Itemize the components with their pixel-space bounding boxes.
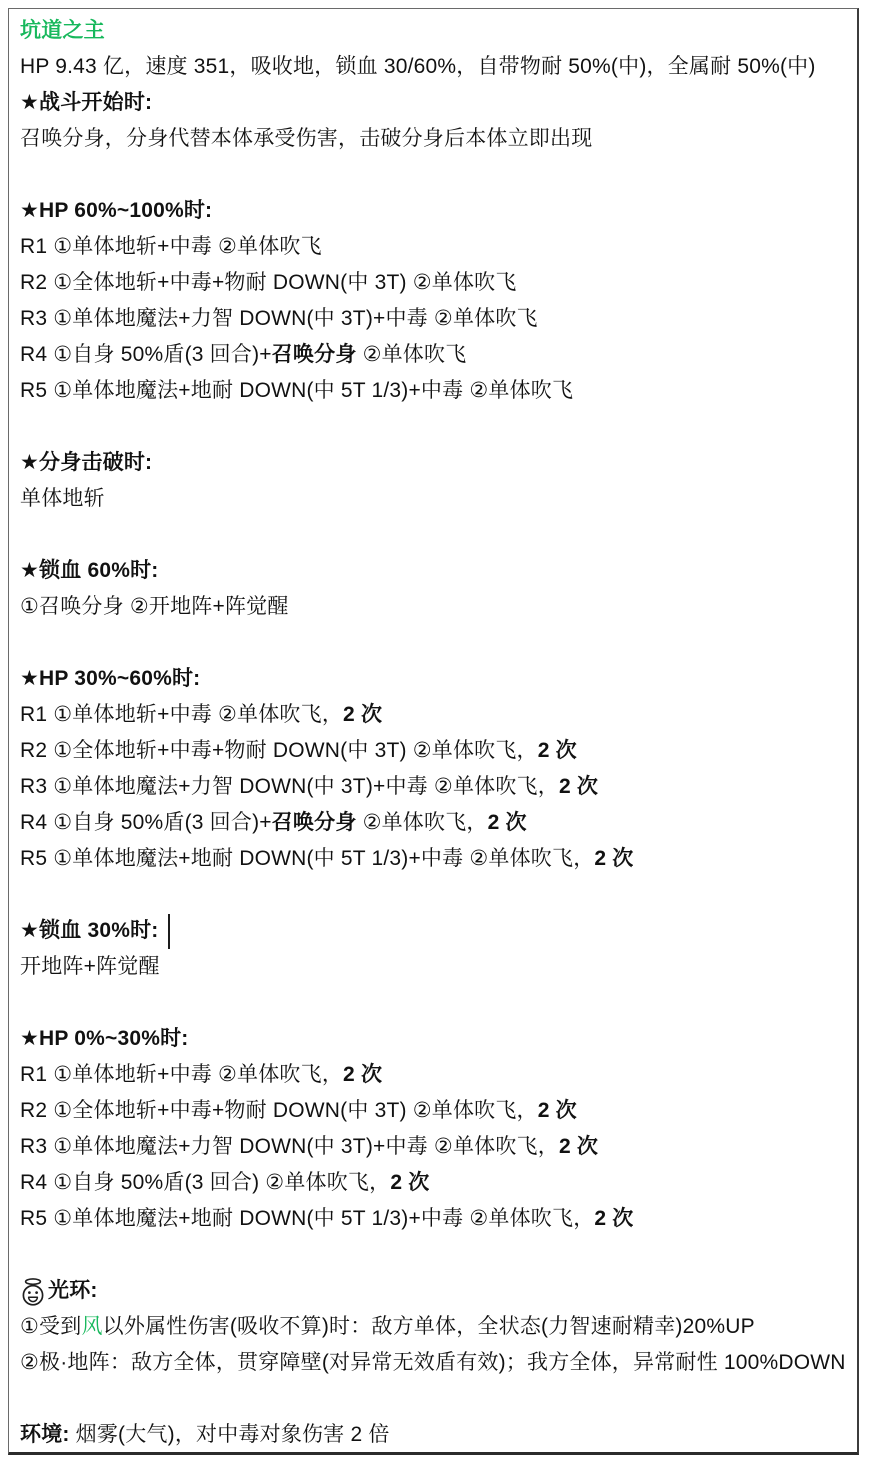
environment-line: 环境: 烟雾(大气)，对中毒对象伤害 2 倍	[20, 1417, 851, 1453]
blank-line	[20, 985, 851, 1021]
boss-title-text: 坑道之主	[20, 13, 105, 49]
text-line: R4 ①自身 50%盾(3 回合) ②单体吹飞，2 次	[20, 1165, 851, 1201]
text-run: 2 次	[559, 769, 598, 805]
text-run: 光环:	[48, 1273, 98, 1309]
text-run: 2 次	[343, 697, 382, 733]
text-run: HP 9.43 亿，速度 351，吸收地，锁血 30/60%，自带物耐 50%(…	[20, 49, 816, 85]
text-run: ★锁血 60%时:	[20, 553, 158, 589]
section-heading-hp60-100: ★HP 60%~100%时:	[20, 193, 851, 229]
text-run: R2 ①全体地斩+中毒+物耐 DOWN(中 3T) ②单体吹飞，	[20, 1093, 538, 1129]
text-line: R5 ①单体地魔法+地耐 DOWN(中 5T 1/3)+中毒 ②单体吹飞，2 次	[20, 841, 851, 877]
text-run: 2 次	[488, 805, 527, 841]
boss-title: 坑道之主	[20, 13, 851, 49]
text-line: ①受到风以外属性伤害(吸收不算)时：敌方单体，全状态(力智速耐精幸)20%UP	[20, 1309, 851, 1345]
text-line: R2 ①全体地斩+中毒+物耐 DOWN(中 3T) ②单体吹飞，2 次	[20, 1093, 851, 1129]
document-body[interactable]: 坑道之主HP 9.43 亿，速度 351，吸收地，锁血 30/60%，自带物耐 …	[20, 13, 851, 1453]
text-run: 召唤分身	[272, 805, 357, 841]
text-line: R3 ①单体地魔法+力智 DOWN(中 3T)+中毒 ②单体吹飞，2 次	[20, 769, 851, 805]
text-run: R1 ①单体地斩+中毒 ②单体吹飞，	[20, 697, 343, 733]
blank-line	[20, 1381, 851, 1417]
section-heading-hplock30: ★锁血 30%时:	[20, 913, 851, 949]
text-run: R4 ①自身 50%盾(3 回合)+	[20, 805, 272, 841]
text-line: ①召唤分身 ②开地阵+阵觉醒	[20, 589, 851, 625]
text-line: R1 ①单体地斩+中毒 ②单体吹飞，2 次	[20, 1057, 851, 1093]
text-run: 2 次	[343, 1057, 382, 1093]
text-run: 2 次	[594, 1201, 633, 1237]
document-page: 坑道之主HP 9.43 亿，速度 351，吸收地，锁血 30/60%，自带物耐 …	[8, 8, 859, 1455]
blank-line	[20, 157, 851, 193]
stats-line: HP 9.43 亿，速度 351，吸收地，锁血 30/60%，自带物耐 50%(…	[20, 49, 851, 85]
text-line: 开地阵+阵觉醒	[20, 949, 851, 985]
text-run: ★HP 30%~60%时:	[20, 661, 200, 697]
text-run: 以外属性伤害(吸收不算)时：敌方单体，全状态(力智速耐精幸)20%UP	[103, 1309, 755, 1345]
section-heading-clone-break: ★分身击破时:	[20, 445, 851, 481]
text-line: 召唤分身，分身代替本体承受伤害，击破分身后本体立即出现	[20, 121, 851, 157]
text-run: R3 ①单体地魔法+力智 DOWN(中 3T)+中毒 ②单体吹飞，	[20, 769, 559, 805]
blank-line	[20, 1237, 851, 1273]
text-run: 2 次	[594, 841, 633, 877]
text-line: R5 ①单体地魔法+地耐 DOWN(中 5T 1/3)+中毒 ②单体吹飞，2 次	[20, 1201, 851, 1237]
text-line: ②极·地阵：敌方全体，贯穿障壁(对异常无效盾有效)；我方全体，异常耐性 100%…	[20, 1345, 851, 1381]
text-run: R1 ①单体地斩+中毒 ②单体吹飞	[20, 229, 322, 265]
text-run: R3 ①单体地魔法+力智 DOWN(中 3T)+中毒 ②单体吹飞	[20, 301, 538, 337]
text-line: R1 ①单体地斩+中毒 ②单体吹飞	[20, 229, 851, 265]
text-run: 单体地斩	[20, 481, 105, 517]
text-run: ①召唤分身 ②开地阵+阵觉醒	[20, 589, 289, 625]
section-heading-hp30-60: ★HP 30%~60%时:	[20, 661, 851, 697]
blank-line	[20, 517, 851, 553]
text-run: R2 ①全体地斩+中毒+物耐 DOWN(中 3T) ②单体吹飞，	[20, 733, 538, 769]
wind-attribute-text: 风	[81, 1309, 102, 1345]
text-run: ②极·地阵：敌方全体，贯穿障壁(对异常无效盾有效)；我方全体，异常耐性 100%…	[20, 1345, 846, 1381]
text-run: R5 ①单体地魔法+地耐 DOWN(中 5T 1/3)+中毒 ②单体吹飞，	[20, 1201, 594, 1237]
text-line: R2 ①全体地斩+中毒+物耐 DOWN(中 3T) ②单体吹飞	[20, 265, 851, 301]
blank-line	[20, 877, 851, 913]
text-run: ②单体吹飞，	[357, 805, 488, 841]
text-run: ②单体吹飞	[357, 337, 467, 373]
text-run: 召唤分身，分身代替本体承受伤害，击破分身后本体立即出现	[20, 121, 592, 157]
text-run: 召唤分身	[272, 337, 357, 373]
text-run: ★HP 0%~30%时:	[20, 1021, 189, 1057]
text-line: R1 ①单体地斩+中毒 ②单体吹飞，2 次	[20, 697, 851, 733]
section-heading-hp0-30: ★HP 0%~30%时:	[20, 1021, 851, 1057]
text-run: ★锁血 30%时:	[20, 913, 158, 949]
text-run: ①受到	[20, 1309, 81, 1345]
section-heading-battle-start: ★战斗开始时:	[20, 85, 851, 121]
text-run: R5 ①单体地魔法+地耐 DOWN(中 5T 1/3)+中毒 ②单体吹飞，	[20, 841, 594, 877]
text-run: 2 次	[538, 733, 577, 769]
text-line: R3 ①单体地魔法+力智 DOWN(中 3T)+中毒 ②单体吹飞，2 次	[20, 1129, 851, 1165]
text-run: ★战斗开始时:	[20, 85, 152, 121]
text-run: R4 ①自身 50%盾(3 回合) ②单体吹飞，	[20, 1165, 390, 1201]
text-cursor	[168, 914, 170, 949]
text-run: R2 ①全体地斩+中毒+物耐 DOWN(中 3T) ②单体吹飞	[20, 265, 517, 301]
text-run: R5 ①单体地魔法+地耐 DOWN(中 5T 1/3)+中毒 ②单体吹飞	[20, 373, 573, 409]
text-run: 2 次	[390, 1165, 429, 1201]
text-run: R4 ①自身 50%盾(3 回合)+	[20, 337, 272, 373]
text-run: 开地阵+阵觉醒	[20, 949, 160, 985]
text-run: R1 ①单体地斩+中毒 ②单体吹飞，	[20, 1057, 343, 1093]
text-line: R2 ①全体地斩+中毒+物耐 DOWN(中 3T) ②单体吹飞，2 次	[20, 733, 851, 769]
text-run: R3 ①单体地魔法+力智 DOWN(中 3T)+中毒 ②单体吹飞，	[20, 1129, 559, 1165]
text-run: 2 次	[559, 1129, 598, 1165]
text-run: 烟雾(大气)，对中毒对象伤害 2 倍	[70, 1417, 390, 1453]
text-line: R3 ①单体地魔法+力智 DOWN(中 3T)+中毒 ②单体吹飞	[20, 301, 851, 337]
text-run: 2 次	[538, 1093, 577, 1129]
text-run: ★分身击破时:	[20, 445, 152, 481]
blank-line	[20, 625, 851, 661]
text-line: R5 ①单体地魔法+地耐 DOWN(中 5T 1/3)+中毒 ②单体吹飞	[20, 373, 851, 409]
text-run: 环境:	[20, 1417, 70, 1453]
text-run: ★HP 60%~100%时:	[20, 193, 212, 229]
aura-heading: 光环:	[20, 1273, 851, 1309]
blank-line	[20, 409, 851, 445]
text-line: R4 ①自身 50%盾(3 回合)+召唤分身 ②单体吹飞，2 次	[20, 805, 851, 841]
halo-face-emoji-icon	[20, 1277, 46, 1307]
text-line: 单体地斩	[20, 481, 851, 517]
section-heading-hplock60: ★锁血 60%时:	[20, 553, 851, 589]
text-line: R4 ①自身 50%盾(3 回合)+召唤分身 ②单体吹飞	[20, 337, 851, 373]
